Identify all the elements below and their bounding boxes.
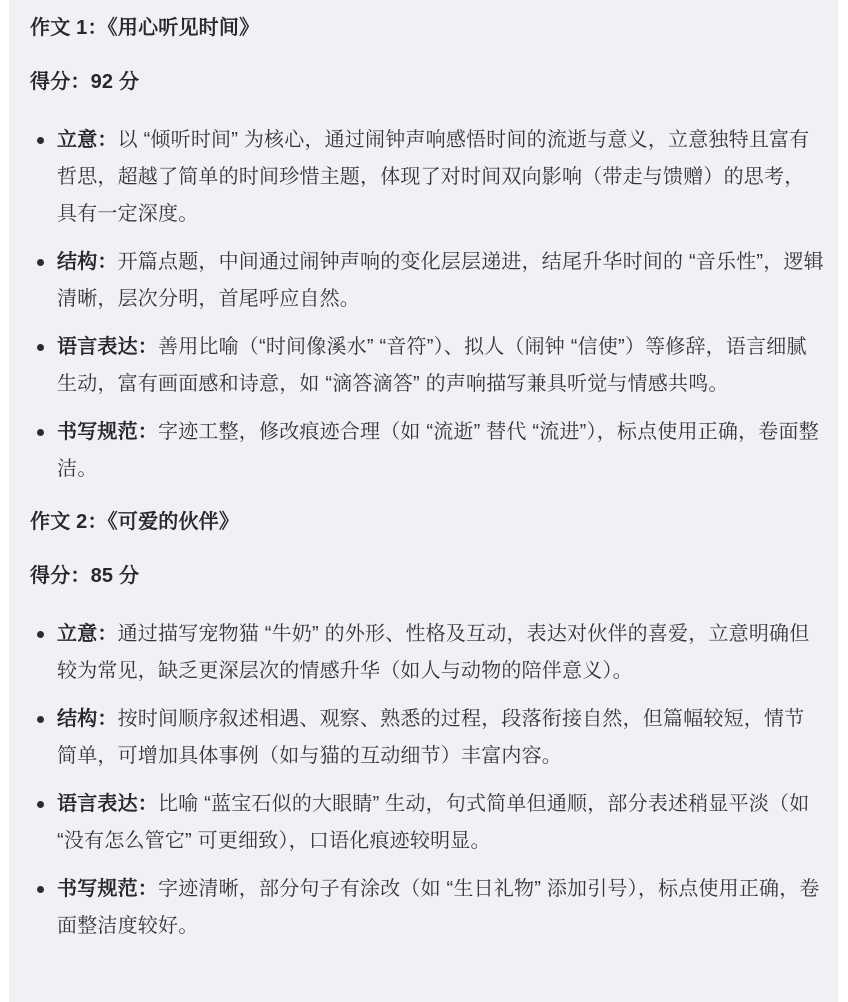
bullet-icon bbox=[37, 886, 44, 893]
point-label: 立意： bbox=[57, 129, 118, 151]
essay-1-score: 得分：92 分 bbox=[30, 64, 824, 101]
point-label: 书写规范： bbox=[57, 878, 158, 900]
point-text: 比喻 “蓝宝石似的大眼睛” 生动，句式简单但通顺，部分表述稍显平淡（如 “没有怎… bbox=[57, 793, 809, 852]
point-text: 以 “倾听时间” 为核心，通过闹钟声响感悟时间的流逝与意义，立意独特且富有哲思，… bbox=[57, 129, 809, 225]
point-text: 按时间顺序叙述相遇、观察、熟悉的过程，段落衔接自然，但篇幅较短，情节简单，可增加… bbox=[57, 708, 804, 767]
essay-1-section: 作文 1：《用心听见时间》 得分：92 分 立意：以 “倾听时间” 为核心，通过… bbox=[30, 10, 824, 488]
point-label: 语言表达： bbox=[57, 336, 158, 358]
essay-review-panel: 作文 1：《用心听见时间》 得分：92 分 立意：以 “倾听时间” 为核心，通过… bbox=[9, 0, 838, 1002]
list-item: 结构：按时间顺序叙述相遇、观察、熟悉的过程，段落衔接自然，但篇幅较短，情节简单，… bbox=[30, 701, 824, 775]
essay-2-score: 得分：85 分 bbox=[30, 558, 824, 595]
list-item: 语言表达：比喻 “蓝宝石似的大眼睛” 生动，句式简单但通顺，部分表述稍显平淡（如… bbox=[30, 786, 824, 860]
list-item: 立意：以 “倾听时间” 为核心，通过闹钟声响感悟时间的流逝与意义，立意独特且富有… bbox=[30, 122, 824, 233]
bullet-icon bbox=[37, 429, 44, 436]
bullet-icon bbox=[37, 716, 44, 723]
point-label: 书写规范： bbox=[57, 421, 158, 443]
essay-2-title: 作文 2：《可爱的伙伴》 bbox=[30, 504, 824, 541]
point-text: 字迹工整，修改痕迹合理（如 “流逝” 替代 “流进”），标点使用正确，卷面整洁。 bbox=[57, 421, 819, 480]
list-item: 语言表达：善用比喻（“时间像溪水” “音符”）、拟人（闹钟 “信使”）等修辞，语… bbox=[30, 329, 824, 403]
point-label: 结构： bbox=[57, 708, 118, 730]
essay-2-points-list: 立意：通过描写宠物猫 “牛奶” 的外形、性格及互动，表达对伙伴的喜爱，立意明确但… bbox=[30, 616, 824, 945]
list-item: 书写规范：字迹工整，修改痕迹合理（如 “流逝” 替代 “流进”），标点使用正确，… bbox=[30, 414, 824, 488]
bullet-icon bbox=[37, 801, 44, 808]
list-item: 立意：通过描写宠物猫 “牛奶” 的外形、性格及互动，表达对伙伴的喜爱，立意明确但… bbox=[30, 616, 824, 690]
list-item: 书写规范：字迹清晰，部分句子有涂改（如 “生日礼物” 添加引号），标点使用正确，… bbox=[30, 871, 824, 945]
essay-1-points-list: 立意：以 “倾听时间” 为核心，通过闹钟声响感悟时间的流逝与意义，立意独特且富有… bbox=[30, 122, 824, 488]
point-text: 善用比喻（“时间像溪水” “音符”）、拟人（闹钟 “信使”）等修辞，语言细腻生动… bbox=[57, 336, 807, 395]
list-item: 结构：开篇点题，中间通过闹钟声响的变化层层递进，结尾升华时间的 “音乐性”，逻辑… bbox=[30, 244, 824, 318]
point-label: 结构： bbox=[57, 251, 118, 273]
essay-2-section: 作文 2：《可爱的伙伴》 得分：85 分 立意：通过描写宠物猫 “牛奶” 的外形… bbox=[30, 504, 824, 945]
point-text: 通过描写宠物猫 “牛奶” 的外形、性格及互动，表达对伙伴的喜爱，立意明确但较为常… bbox=[57, 623, 809, 682]
essay-1-title: 作文 1：《用心听见时间》 bbox=[30, 10, 824, 47]
point-label: 立意： bbox=[57, 623, 118, 645]
point-text: 开篇点题，中间通过闹钟声响的变化层层递进，结尾升华时间的 “音乐性”，逻辑清晰，… bbox=[57, 251, 824, 310]
point-text: 字迹清晰，部分句子有涂改（如 “生日礼物” 添加引号），标点使用正确，卷面整洁度… bbox=[57, 878, 820, 937]
bullet-icon bbox=[37, 344, 44, 351]
bullet-icon bbox=[37, 631, 44, 638]
bullet-icon bbox=[37, 137, 44, 144]
point-label: 语言表达： bbox=[57, 793, 158, 815]
bullet-icon bbox=[37, 259, 44, 266]
